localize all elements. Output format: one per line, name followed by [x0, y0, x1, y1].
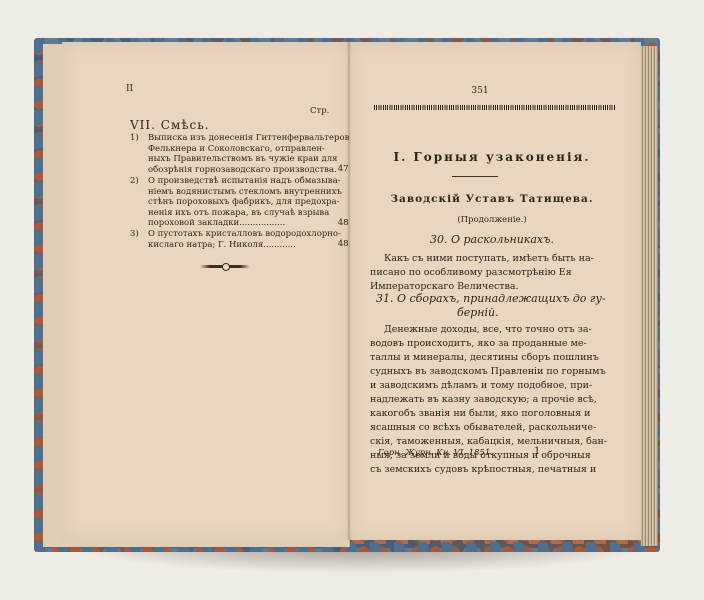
entry-line: Фелькнера и Соколовскаго, отправлен- — [148, 144, 350, 155]
entry-line: кислаго натра; Г. Николя............ — [148, 240, 350, 251]
contents-entry: 3) О пустотахъ кристалловъ водородохлорн… — [130, 229, 350, 250]
body-line: писано по особливому разсмотрѣнію Ея — [370, 266, 614, 280]
body-line: судныхъ въ заводскомъ Правленіи по горны… — [370, 365, 614, 379]
sheet-number: 1 — [534, 446, 540, 457]
page-marker: II — [126, 84, 133, 94]
page-number: 351 — [460, 86, 500, 96]
subheading: Заводскій Уставъ Татищева. — [370, 193, 614, 205]
wavy-rule — [374, 105, 616, 110]
body-line: ясашныя со всѣхъ обывателей, раскольниче… — [370, 421, 614, 435]
body-line: скія, таможенныя, кабацкія, мельничныя, … — [370, 435, 614, 449]
section-heading: VII. Смѣсь. — [130, 118, 210, 132]
footer-signature: Горн. Журн. Кн. VI. 1851. — [378, 448, 493, 458]
entry-line: Выписка изъ донесенія Гиттенфервальтеров… — [148, 133, 350, 144]
entry-line: ніемъ водянистымъ стекломъ внутреннихъ — [148, 187, 350, 198]
contents-entry: 1) Выписка изъ донесенія Гиттенфервальте… — [130, 133, 350, 175]
entry-number: 2) — [130, 176, 139, 187]
entry-line: О пустотахъ кристалловъ водородохлорно- — [148, 229, 350, 240]
contents-entry: 2) О произведствѣ испытанія надъ обмазыв… — [130, 176, 350, 229]
entry-line: стѣнъ пороховыхъ фабрикъ, для предохра- — [148, 197, 350, 208]
entry-number: 3) — [130, 229, 139, 240]
tailpiece-ornament-icon — [200, 265, 250, 268]
column-label: Стр. — [310, 106, 329, 117]
body-line: надлежать въ казну заводскую; а прочіе в… — [370, 393, 614, 407]
entry-line: ненія ихъ отъ пожара, въ случаѣ взрыва — [148, 208, 350, 219]
right-page-edges — [641, 46, 658, 546]
book-gutter — [347, 42, 351, 540]
entry-line: пороховой закладки................. — [148, 218, 350, 229]
body-line: Денежные доходы, все, что точно отъ за- — [370, 323, 614, 337]
section-31-title: 31. О сборахъ, принадлежащихъ до гу- — [376, 292, 606, 305]
left-page — [62, 42, 349, 540]
section-30-body: Какъ съ ними поступать, имѣетъ быть на- … — [370, 252, 614, 294]
body-line: таллы и минералы, десятины сборъ пошлинъ — [370, 351, 614, 365]
entry-line: ныхъ Правительствомъ въ чужіе краи для — [148, 154, 350, 165]
body-line: Какъ съ ними поступать, имѣетъ быть на- — [370, 252, 614, 266]
entry-number: 1) — [130, 133, 139, 144]
entry-line: О произведствѣ испытанія надъ обмазыва- — [148, 176, 350, 187]
continuation-note: (Продолженіе.) — [370, 215, 614, 225]
body-line: какогобъ званія ни были, яко поголовныя … — [370, 407, 614, 421]
entry-line: обозрѣнія горнозаводскаго производства. — [148, 165, 350, 176]
body-line: водовъ происходитъ, яко за проданные ме- — [370, 337, 614, 351]
part-heading: I. Горныя узаконенія. — [370, 150, 614, 164]
body-line: съ земскихъ судовъ крѣпостныя, печатныя … — [370, 463, 614, 477]
short-rule — [452, 176, 498, 177]
section-30-title: 30. О раскольникахъ. — [370, 233, 614, 246]
body-line: и заводскимъ дѣламъ и тому подобное, при… — [370, 379, 614, 393]
section-31-title-cont: берній. — [457, 306, 499, 319]
